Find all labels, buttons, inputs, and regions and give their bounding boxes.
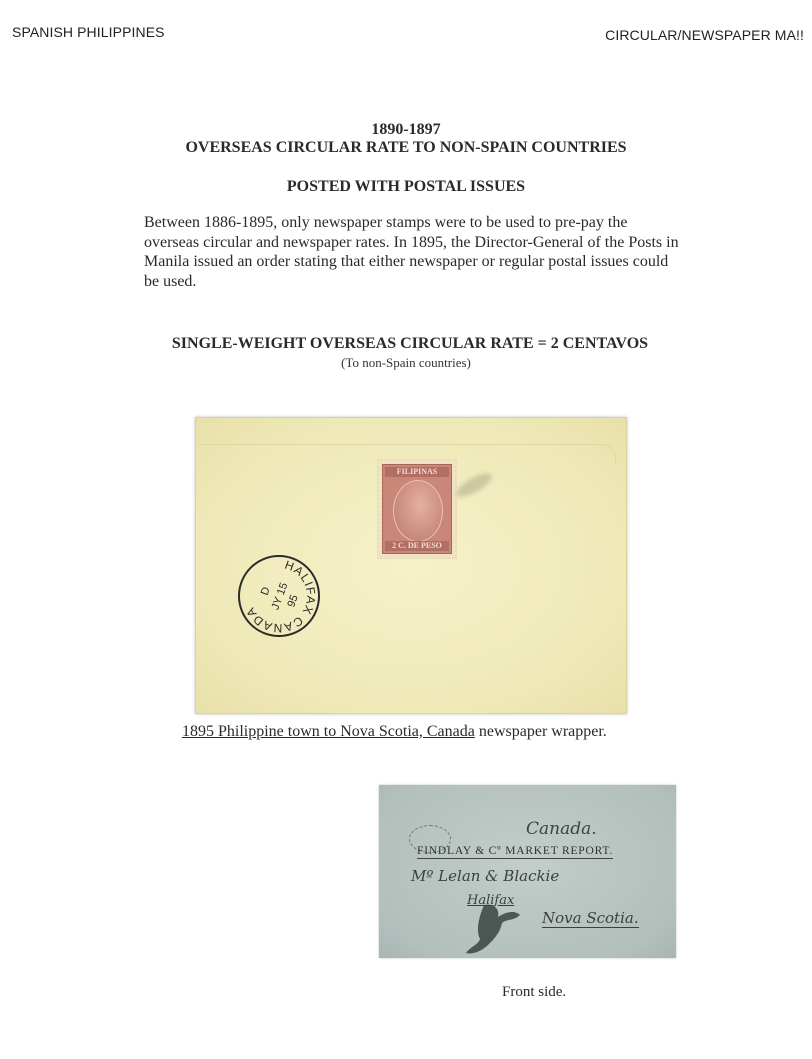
ink-blot-icon [464,903,524,958]
stamp-portrait-icon [393,480,443,542]
page-subtitle: POSTED WITH POSTAL ISSUES [0,178,812,196]
wrapper-front-image: Canada. FINDLAY & Cº MARKET REPORT. Mº L… [379,785,676,958]
caption-underlined: 1895 Philippine town to Nova Scotia, Can… [182,723,475,740]
stamp-face: FILIPINAS 2 C. DE PESO [382,464,452,554]
front-side-caption: Front side. [502,984,566,1001]
cancel-smudge [453,469,495,501]
svg-text:95: 95 [285,593,300,609]
rate-heading: SINGLE-WEIGHT OVERSEAS CIRCULAR RATE = 2… [0,335,812,353]
postmark-icon: HALIFAX CANADA D JY 15 95 [240,557,318,635]
svg-text:JY 15: JY 15 [270,581,291,611]
stamp-top-text: FILIPINAS [385,467,449,477]
wrapper-back-image: FILIPINAS 2 C. DE PESO HALIFAX CANADA D … [195,417,627,714]
rate-note: (To non-Spain countries) [0,355,812,371]
caption-rest: newspaper wrapper. [475,723,607,740]
period-heading: 1890-1897 [0,121,812,139]
svg-text:D: D [259,585,273,597]
page-title: OVERSEAS CIRCULAR RATE TO NON-SPAIN COUN… [0,139,812,157]
header-left: SPANISH PHILIPPINES [12,24,165,40]
wrapper-caption: 1895 Philippine town to Nova Scotia, Can… [182,723,607,741]
intro-paragraph: Between 1886-1895, only newspaper stamps… [144,213,684,291]
postmark: HALIFAX CANADA D JY 15 95 [238,555,320,637]
front-printed-header: FINDLAY & Cº MARKET REPORT. [417,845,613,859]
front-province: Nova Scotia. [542,909,639,928]
stamp-bottom-text: 2 C. DE PESO [385,541,449,551]
stamp: FILIPINAS 2 C. DE PESO [377,459,457,559]
front-destination: Canada. [526,819,597,839]
front-addressee: Mº Lelan & Blackie [411,867,559,885]
header-right: CIRCULAR/NEWSPAPER MA!! [605,27,804,43]
